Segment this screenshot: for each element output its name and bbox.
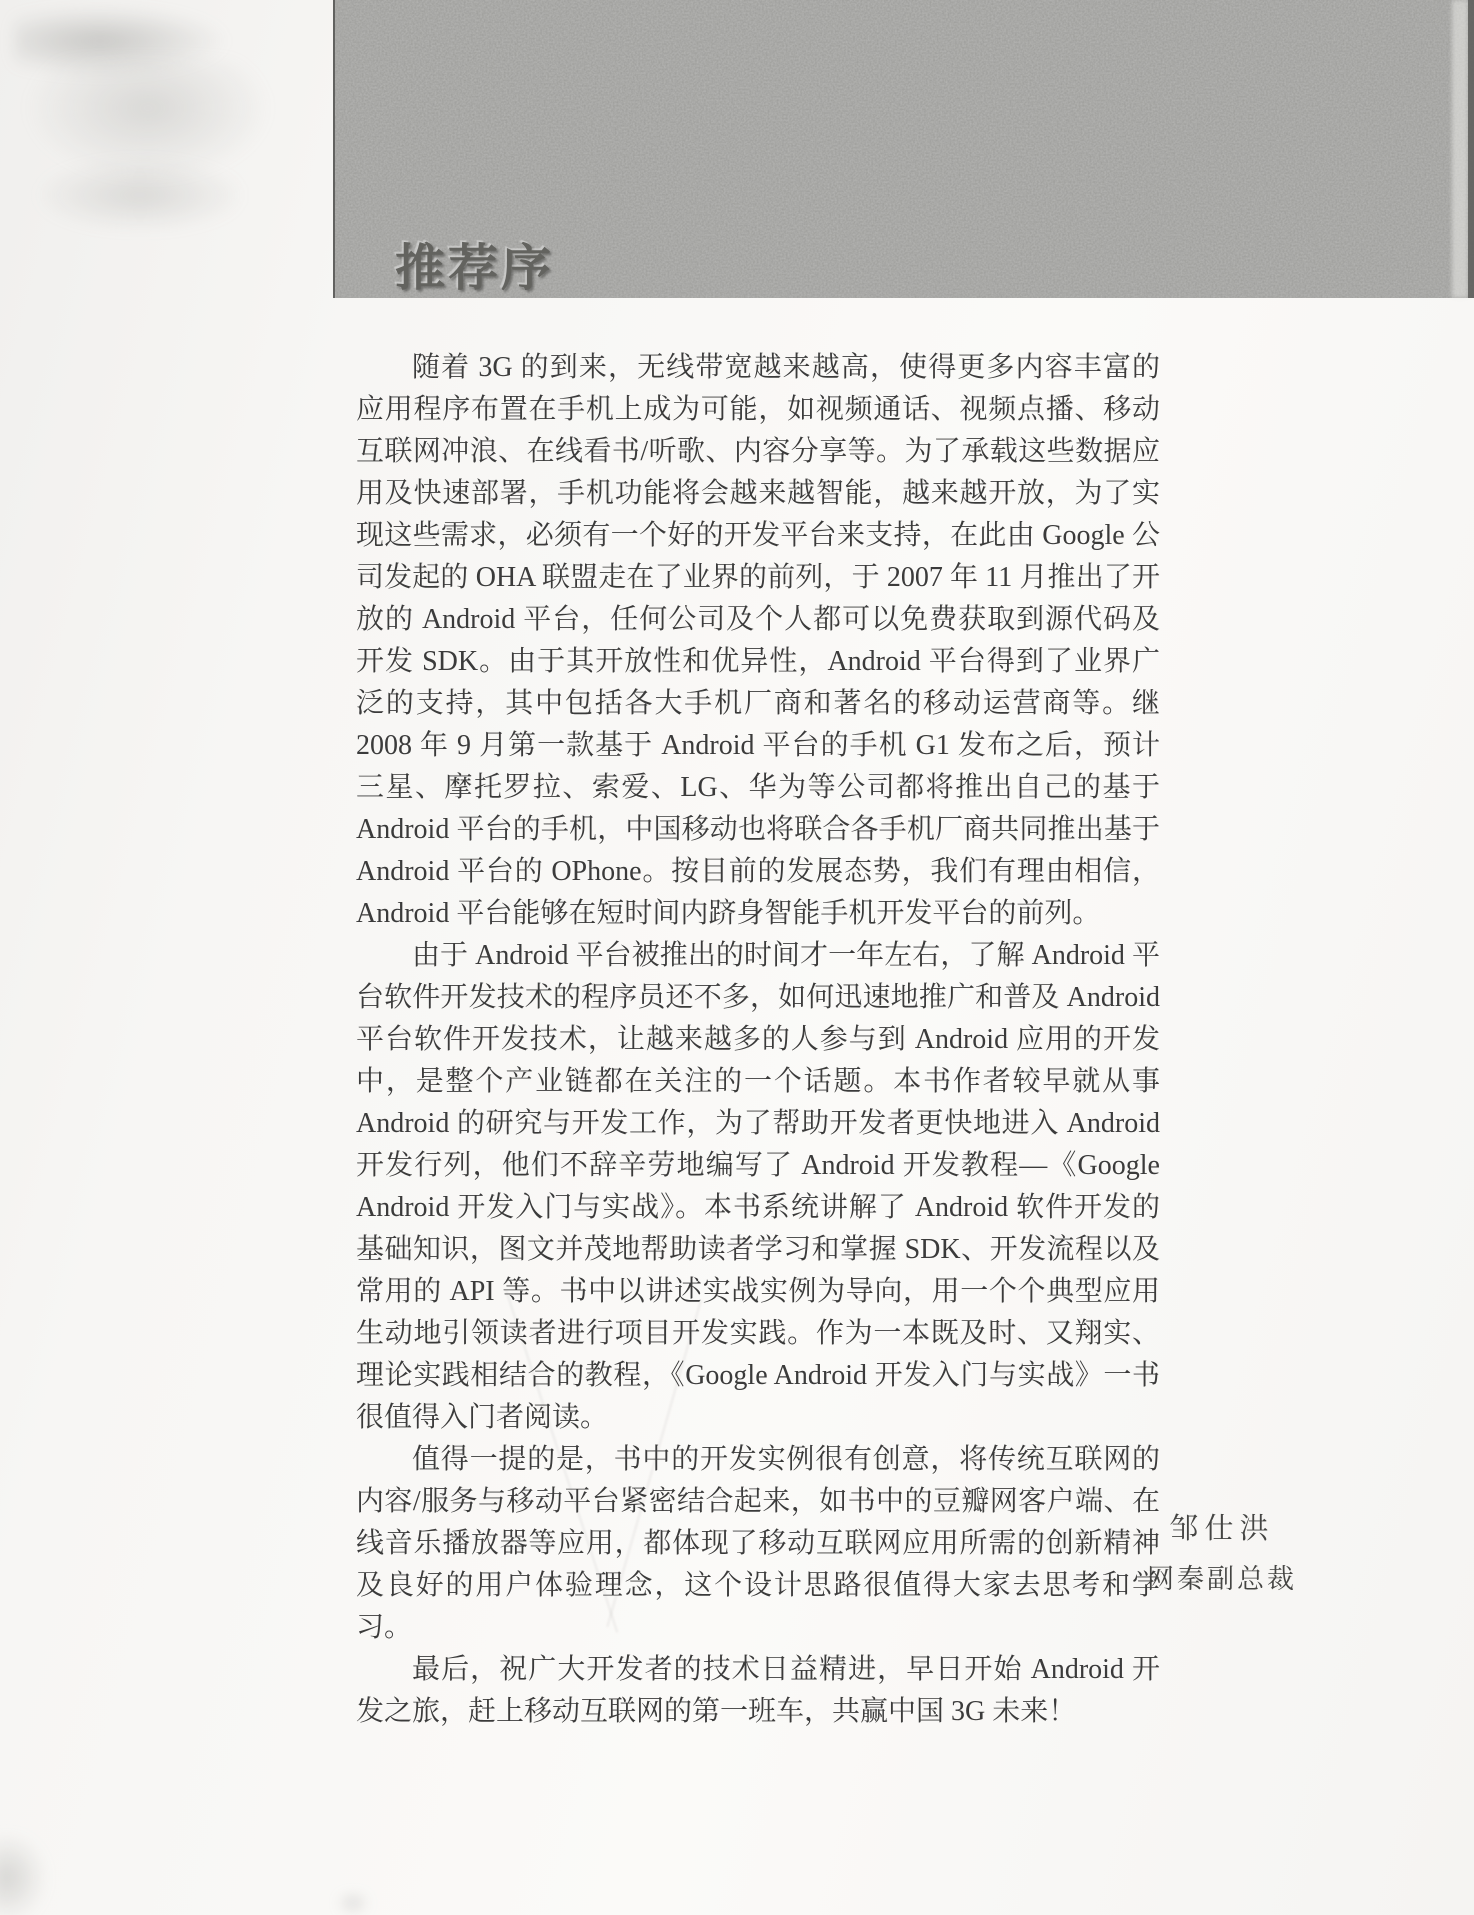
scanned-book-page: { "page": { "title": "推荐序", "paragraphs"… <box>0 0 1474 1915</box>
chapter-banner: 推荐序 <box>333 0 1474 298</box>
scan-smudge <box>40 160 240 230</box>
scan-smudge <box>14 6 229 76</box>
paragraph-4: 最后，祝广大开发者的技术日益精进，早日开始 Android 开发之旅，赶上移动互… <box>356 1649 1160 1733</box>
scan-smudge <box>0 1835 45 1915</box>
page-title: 推荐序 <box>395 228 554 300</box>
banner-edge-highlight <box>1452 0 1468 298</box>
page-scan-edge <box>1468 0 1474 298</box>
signature-block: 邹仕洪 网秦副总裁 <box>1080 1506 1364 1596</box>
paragraph-3: 值得一提的是，书中的开发实例很有创意，将传统互联网的内容/服务与移动平台紧密结合… <box>356 1439 1160 1649</box>
paragraph-2: 由于 Android 平台被推出的时间才一年左右，了解 Android 平台软件… <box>356 935 1160 1439</box>
paragraph-1: 随着 3G 的到来，无线带宽越来越高，使得更多内容丰富的应用程序布置在手机上成为… <box>356 347 1160 935</box>
scan-smudge <box>338 1895 368 1911</box>
signature-title: 网秦副总裁 <box>1080 1557 1364 1596</box>
signature-name: 邹仕洪 <box>1080 1506 1364 1547</box>
preface-body: 随着 3G 的到来，无线带宽越来越高，使得更多内容丰富的应用程序布置在手机上成为… <box>356 347 1160 1733</box>
scan-smudge <box>28 60 268 180</box>
